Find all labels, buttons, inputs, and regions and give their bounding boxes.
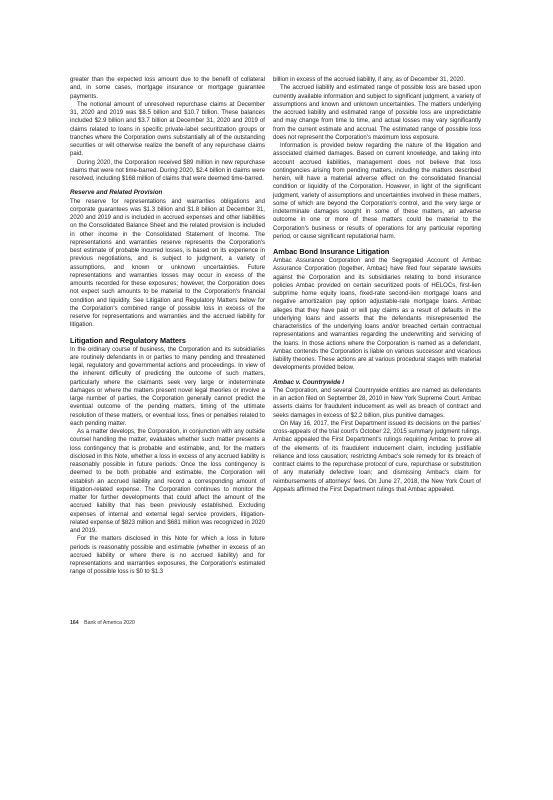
countrywide-subheading: Ambac v. Countrywide I xyxy=(273,379,481,387)
paragraph: The reserve for representations and warr… xyxy=(70,198,265,330)
paragraph: On May 16, 2017, the First Department is… xyxy=(273,420,481,494)
paragraph: As a matter develops, the Corporation, i… xyxy=(70,428,265,535)
right-column: billion in excess of the accrued liabili… xyxy=(273,76,481,494)
paragraph: In the ordinary course of business, the … xyxy=(70,346,265,429)
paragraph: billion in excess of the accrued liabili… xyxy=(273,76,481,84)
publication-name: Bank of America 2020 xyxy=(84,620,135,626)
paragraph: The notional amount of unresolved repurc… xyxy=(70,101,265,159)
page-footer: 164 Bank of America 2020 xyxy=(70,620,135,626)
left-column: greater than the expected loss amount du… xyxy=(70,76,265,577)
ambac-section-heading: Ambac Bond Insurance Litigation xyxy=(273,247,481,256)
paragraph: Information is provided below regarding … xyxy=(273,142,481,241)
litigation-section-heading: Litigation and Regulatory Matters xyxy=(70,336,265,345)
reserve-subheading: Reserve and Related Provision xyxy=(70,189,265,197)
paragraph: The accrued liability and estimated rang… xyxy=(273,84,481,142)
paragraph: The Corporation, and several Countrywide… xyxy=(273,387,481,420)
page-number: 164 xyxy=(70,620,79,626)
paragraph: greater than the expected loss amount du… xyxy=(70,76,265,101)
paragraph: For the matters disclosed in this Note f… xyxy=(70,535,265,576)
paragraph: Ambac Assurance Corporation and the Segr… xyxy=(273,257,481,373)
paragraph: During 2020, the Corporation received $8… xyxy=(70,159,265,184)
